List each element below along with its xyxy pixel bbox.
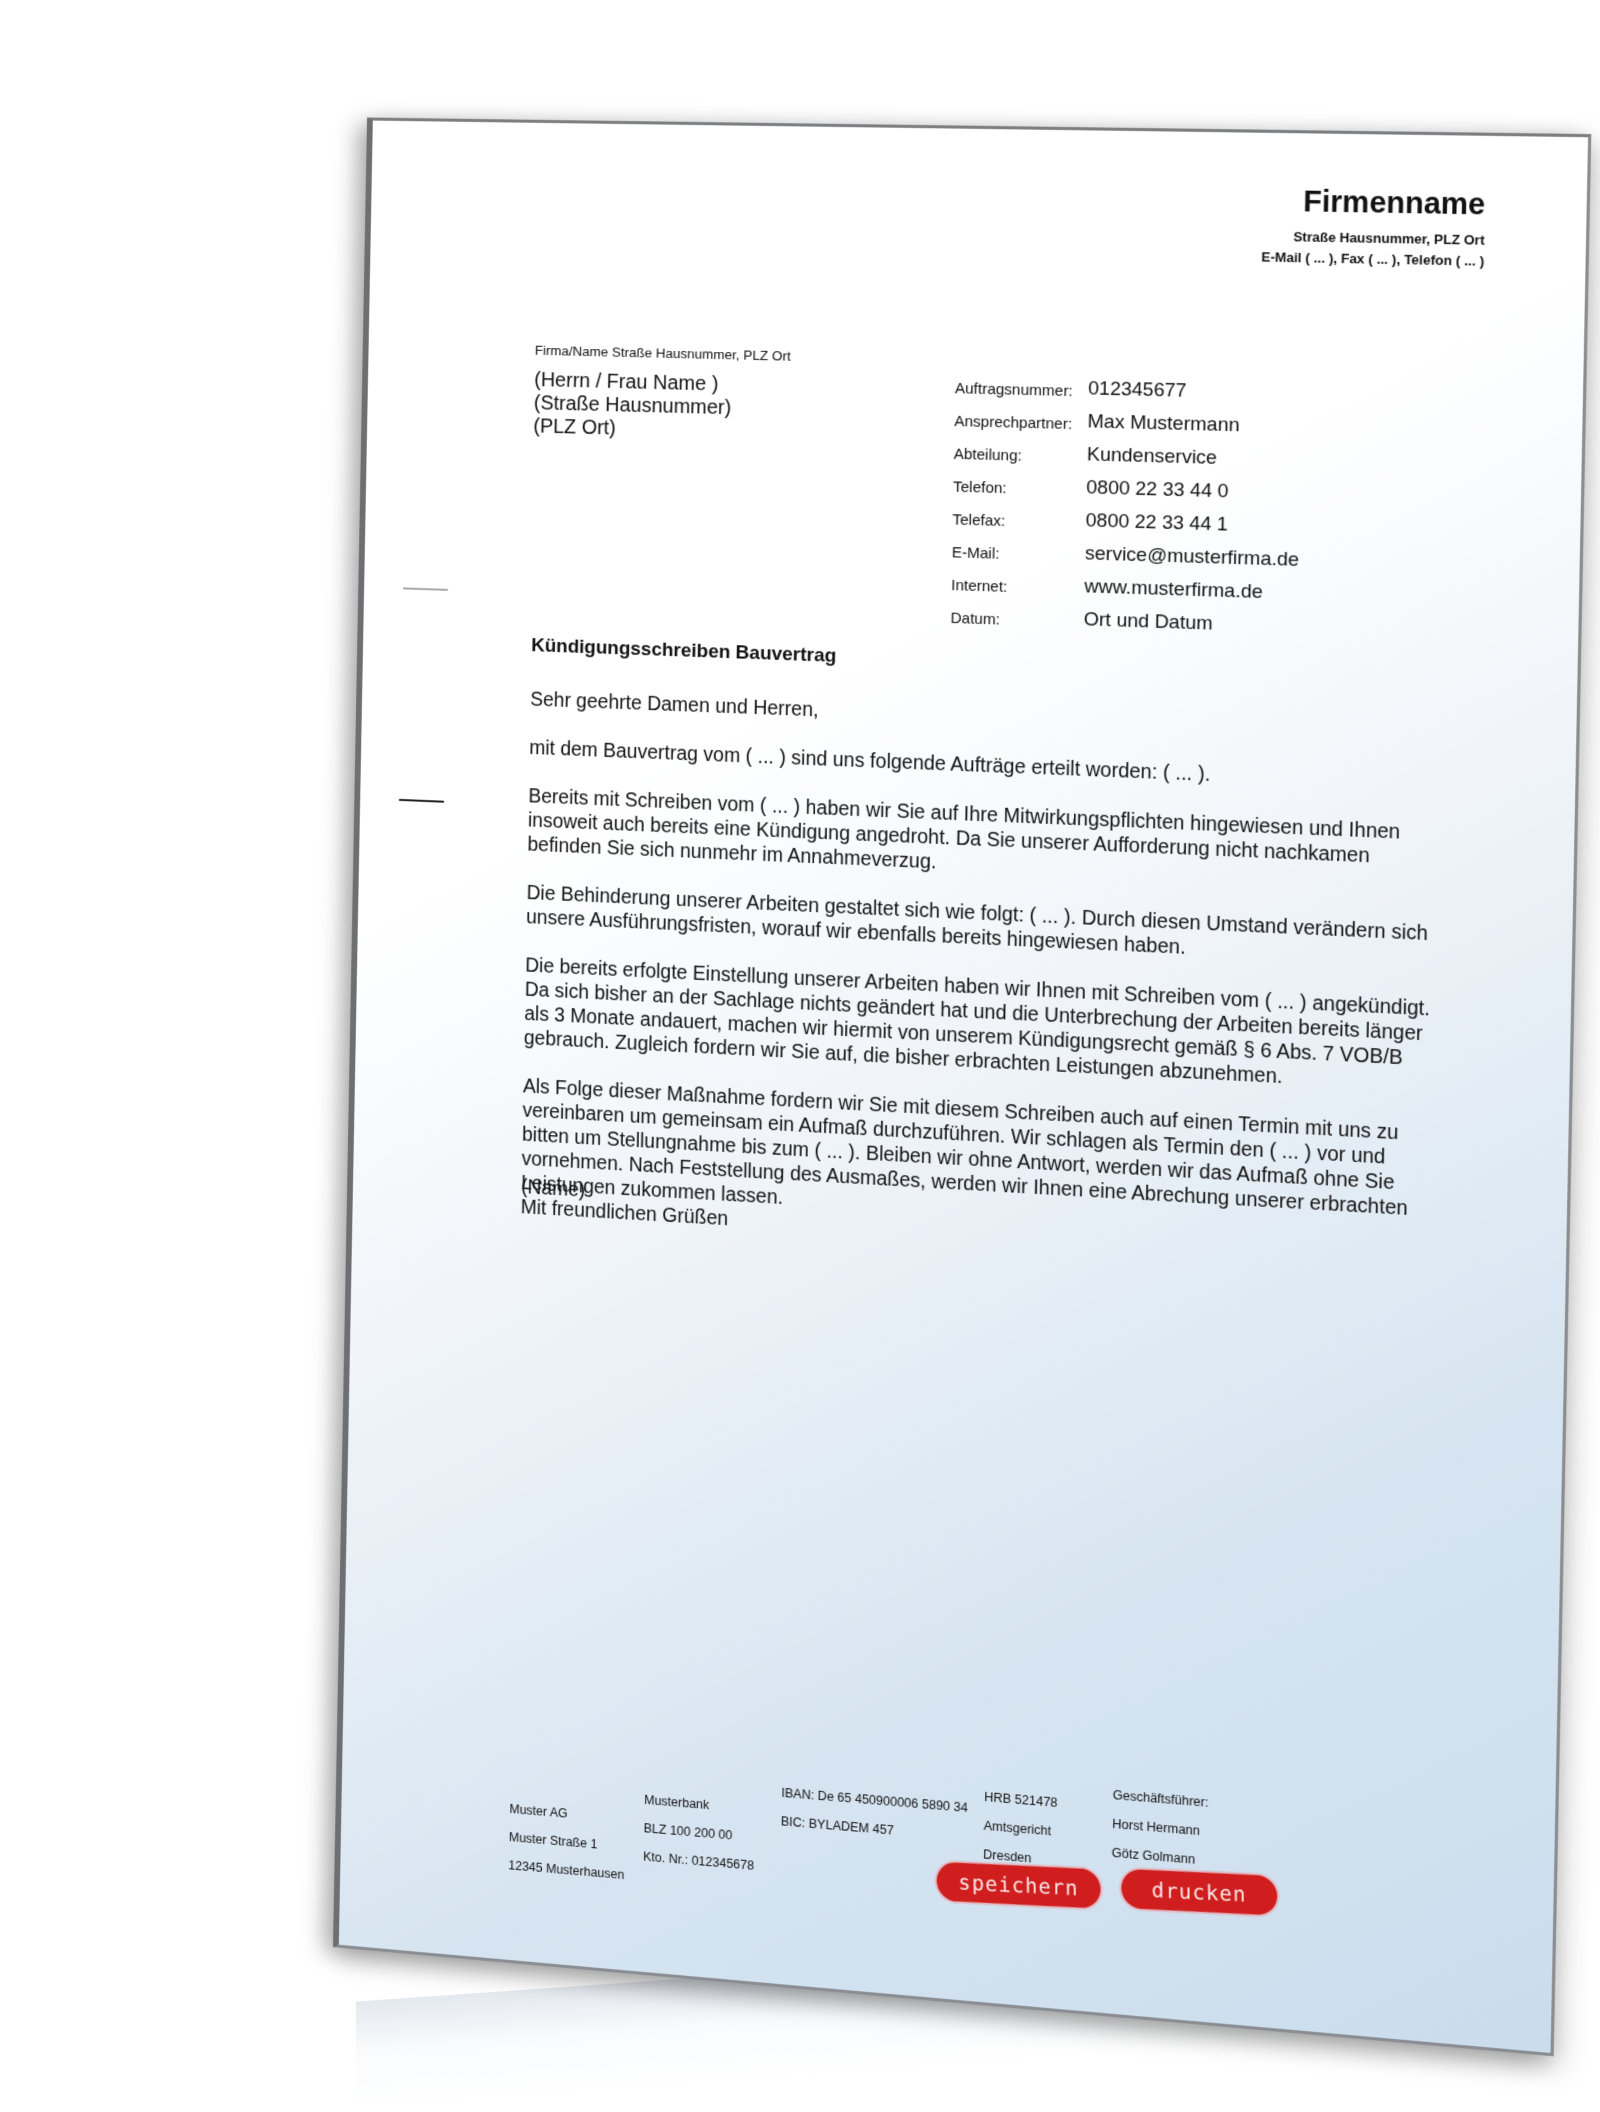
- info-value: 012345677: [1088, 378, 1187, 403]
- footer-register: HRB 521478 Amtsgericht Dresden: [983, 1783, 1058, 1875]
- company-contact: E-Mail ( ... ), Fax ( ... ), Telefon ( .…: [1261, 249, 1484, 269]
- letter-body: Sehr geehrte Damen und Herren, mit dem B…: [521, 687, 1450, 1273]
- save-button[interactable]: speichern: [936, 1862, 1100, 1909]
- footer-management: Geschäftsführer: Horst Hermann Götz Golm…: [1111, 1781, 1208, 1876]
- info-label: Datum:: [950, 610, 1083, 632]
- fold-mark: [403, 587, 448, 590]
- sender-return-line: Firma/Name Straße Hausnummer, PLZ Ort: [535, 343, 791, 364]
- letter-page: Firmenname Straße Hausnummer, PLZ Ort E-…: [333, 118, 1591, 2057]
- footer-company: Muster AG Muster Straße 1 12345 Musterha…: [508, 1795, 626, 1889]
- company-name: Firmenname: [1303, 185, 1486, 222]
- info-value: Max Mustermann: [1087, 411, 1240, 438]
- info-value: Ort und Datum: [1084, 609, 1213, 636]
- letter-subject: Kündigungsschreiben Bauvertrag: [531, 635, 837, 668]
- document-preview: Firmenname Straße Hausnummer, PLZ Ort E-…: [0, 0, 1600, 2100]
- info-value: Kundenservice: [1087, 444, 1218, 470]
- body-paragraph: mit dem Bauvertrag vom ( ... ) sind uns …: [529, 736, 1449, 797]
- body-paragraph: Bereits mit Schreiben vom ( ... ) haben …: [527, 784, 1447, 897]
- salutation: Sehr geehrte Damen und Herren,: [530, 687, 1450, 746]
- info-label: Abteilung:: [954, 446, 1087, 467]
- reference-info-block: Auftragsnummer: 012345677 Ansprechpartne…: [950, 365, 1302, 639]
- footer-iban: IBAN: De 65 450900006 5890 34 BIC: BYLAD…: [781, 1778, 969, 1850]
- recipient-address: (Herrn / Frau Name ) (Straße Hausnummer)…: [533, 369, 732, 444]
- info-value: 0800 22 33 44 1: [1085, 510, 1228, 537]
- signature-name: (Name): [521, 1176, 586, 1203]
- body-paragraph: Die Behinderung unserer Arbeiten gestalt…: [526, 881, 1446, 972]
- print-button[interactable]: drucken: [1121, 1869, 1277, 1916]
- info-value: 0800 22 33 44 0: [1086, 477, 1229, 504]
- info-label: Auftragsnummer:: [955, 380, 1088, 401]
- info-label: Ansprechpartner:: [954, 413, 1087, 434]
- body-paragraph: Die bereits erfolgte Einstellung unserer…: [524, 953, 1445, 1097]
- punch-mark: [399, 799, 444, 803]
- company-address: Straße Hausnummer, PLZ Ort: [1293, 229, 1485, 248]
- footer-bank: Musterbank BLZ 100 200 00 Kto. Nr.: 0123…: [643, 1786, 756, 1880]
